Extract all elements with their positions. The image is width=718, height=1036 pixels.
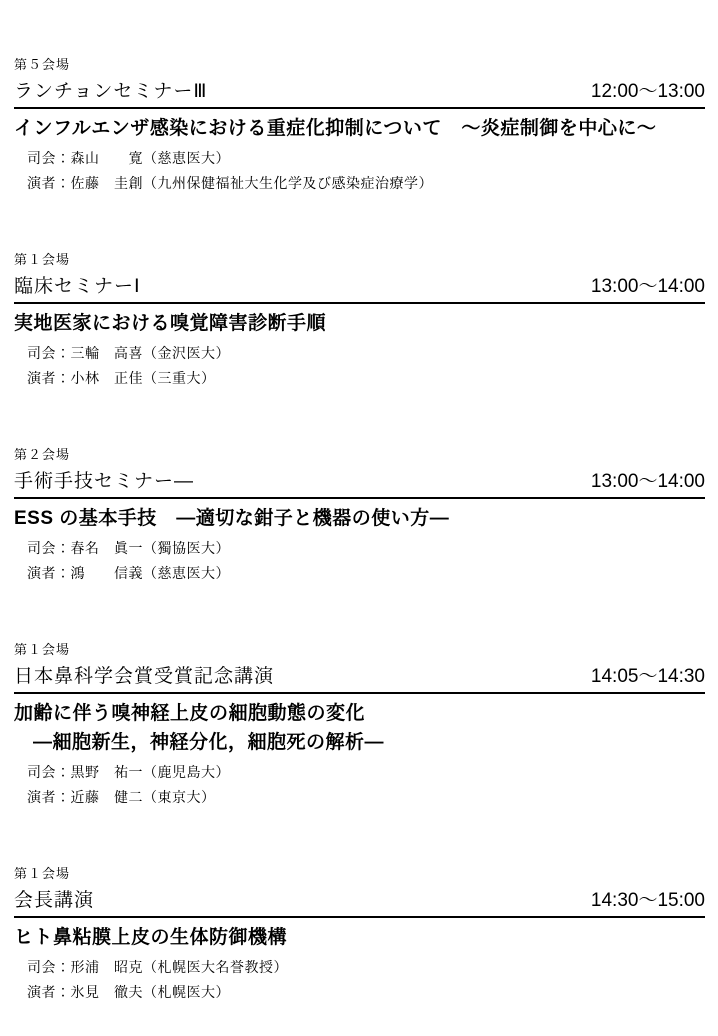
session-block: 第１会場 日本鼻科学会賞受賞記念講演 14:05～14:30 加齢に伴う嗅神経上… bbox=[14, 642, 705, 806]
program-page: 第５会場 ランチョンセミナーⅢ 12:00～13:00 インフルエンザ感染におけ… bbox=[0, 0, 718, 1001]
session-title-row: 手術手技セミナー― 13:00～14:00 bbox=[14, 471, 705, 499]
session-time: 14:30～15:00 bbox=[591, 890, 705, 912]
speaker-line: 演者：近藤 健二（東京大） bbox=[14, 789, 705, 806]
session-block: 第１会場 会長講演 14:30～15:00 ヒト鼻粘膜上皮の生体防御機構 司会：… bbox=[14, 866, 705, 1001]
moderator-line: 司会：三輪 高喜（金沢医大） bbox=[14, 345, 705, 362]
lecture-title: 加齢に伴う嗅神経上皮の細胞動態の変化 bbox=[14, 703, 705, 725]
venue-label: 第５会場 bbox=[14, 57, 705, 73]
session-title-row: ランチョンセミナーⅢ 12:00～13:00 bbox=[14, 81, 705, 109]
lecture-title: 実地医家における嗅覚障害診断手順 bbox=[14, 313, 705, 335]
venue-label: 第２会場 bbox=[14, 447, 705, 463]
moderator-line: 司会：黒野 祐一（鹿児島大） bbox=[14, 764, 705, 781]
session-title-row: 臨床セミナーⅠ 13:00～14:00 bbox=[14, 276, 705, 304]
session-title: 臨床セミナーⅠ bbox=[14, 276, 141, 298]
session-title-row: 会長講演 14:30～15:00 bbox=[14, 890, 705, 918]
session-title-row: 日本鼻科学会賞受賞記念講演 14:05～14:30 bbox=[14, 666, 705, 694]
speaker-line: 演者：佐藤 圭創（九州保健福祉大生化学及び感染症治療学） bbox=[14, 175, 705, 192]
session-title: 手術手技セミナー― bbox=[14, 471, 194, 493]
lecture-title: ESS の基本手技 ―適切な鉗子と機器の使い方― bbox=[14, 508, 705, 530]
moderator-line: 司会：形浦 昭克（札幌医大名誉教授） bbox=[14, 959, 705, 976]
session-block: 第５会場 ランチョンセミナーⅢ 12:00～13:00 インフルエンザ感染におけ… bbox=[14, 57, 705, 192]
venue-label: 第１会場 bbox=[14, 252, 705, 268]
session-title: 日本鼻科学会賞受賞記念講演 bbox=[14, 666, 274, 688]
venue-label: 第１会場 bbox=[14, 866, 705, 882]
lecture-subtitle: ―細胞新生，神経分化，細胞死の解析― bbox=[14, 732, 705, 754]
session-title: 会長講演 bbox=[14, 890, 94, 912]
session-title: ランチョンセミナーⅢ bbox=[14, 81, 208, 103]
lecture-title: ヒト鼻粘膜上皮の生体防御機構 bbox=[14, 927, 705, 949]
speaker-line: 演者：小林 正佳（三重大） bbox=[14, 370, 705, 387]
moderator-line: 司会：森山 寛（慈恵医大） bbox=[14, 150, 705, 167]
session-time: 13:00～14:00 bbox=[591, 276, 705, 298]
session-block: 第１会場 臨床セミナーⅠ 13:00～14:00 実地医家における嗅覚障害診断手… bbox=[14, 252, 705, 387]
moderator-line: 司会：春名 眞一（獨協医大） bbox=[14, 540, 705, 557]
lecture-title: インフルエンザ感染における重症化抑制について ～炎症制御を中心に～ bbox=[14, 118, 705, 140]
session-time: 14:05～14:30 bbox=[591, 666, 705, 688]
speaker-line: 演者：鴻 信義（慈恵医大） bbox=[14, 565, 705, 582]
session-time: 13:00～14:00 bbox=[591, 471, 705, 493]
venue-label: 第１会場 bbox=[14, 642, 705, 658]
speaker-line: 演者：氷見 徹夫（札幌医大） bbox=[14, 984, 705, 1001]
session-time: 12:00～13:00 bbox=[591, 81, 705, 103]
session-block: 第２会場 手術手技セミナー― 13:00～14:00 ESS の基本手技 ―適切… bbox=[14, 447, 705, 582]
